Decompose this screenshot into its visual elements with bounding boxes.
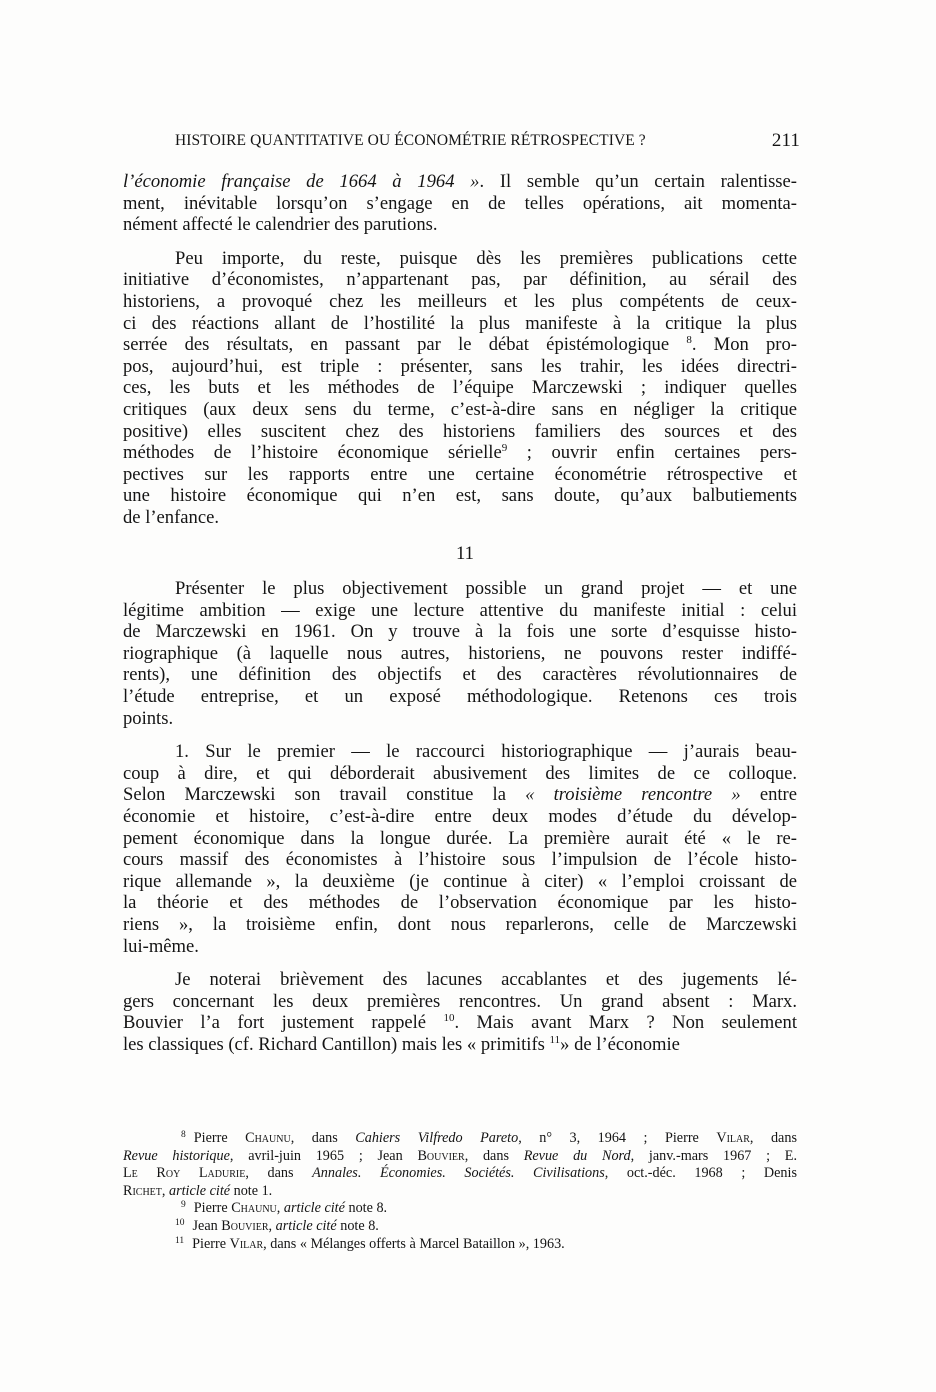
author-name: Vilar (716, 1130, 750, 1146)
footnote-marker: 9 (181, 1200, 186, 1210)
text-run: ces, les buts et les méthodes de l’équip… (123, 377, 797, 398)
text-run: ci des réactions allant de l’hostilité l… (123, 313, 797, 334)
paragraph: l’économie française de 1664 à 1964 ». I… (123, 171, 797, 236)
footnote-line: Revue historique, avril-juin 1965 ; Jean… (123, 1148, 797, 1166)
text-run: de Marczewski en 1961. On y trouve à la … (123, 621, 797, 642)
author-name: Chaunu (231, 1200, 277, 1216)
footnotes: 8Pierre Chaunu, dans Cahiers Vilfredo Pa… (123, 1130, 797, 1253)
text-run: serrée des résultats, en passant par le … (123, 334, 686, 355)
section-number: 11 (123, 543, 797, 565)
text-line: de Marczewski en 1961. On y trouve à la … (123, 621, 797, 643)
text-run: , n° 3, 1964 ; Pierre (518, 1130, 716, 1146)
italic-text: Annales. Économies. Sociétés. Civilisati… (312, 1165, 605, 1181)
footnote-marker: 8 (181, 1130, 186, 1140)
text-line: gers concernant les deux premières renco… (123, 991, 797, 1013)
text-run: Pierre (194, 1130, 245, 1146)
text-line: initiative d’économistes, n’appartenant … (123, 269, 797, 291)
text-run: coup à dire, et qui déborderait abusivem… (123, 763, 797, 784)
footnote-line: Le Roy Ladurie, dans Annales. Économies.… (123, 1165, 797, 1183)
italic-text: l’économie française de 1664 à 1964 » (123, 171, 479, 192)
text-line: coup à dire, et qui déborderait abusivem… (123, 763, 797, 785)
text-line: l’étude entreprise, et un exposé méthodo… (123, 686, 797, 708)
text-run: pement économique dans la longue durée. … (123, 828, 797, 849)
italic-text: Revue historique (123, 1148, 230, 1164)
footnote-line: 10Jean Bouvier, article cité note 8. (123, 1218, 797, 1236)
italic-text: Cahiers Vilfredo Pareto (355, 1130, 518, 1146)
text-line: cours massif des économistes à l’histoir… (123, 849, 797, 871)
text-run: critiques (aux deux sens du terme, c’est… (123, 399, 797, 420)
text-run: Bouvier l’a fort justement rappelé (123, 1012, 443, 1033)
text-run: Peu importe, du reste, puisque dès les p… (175, 248, 797, 269)
text-run: Pierre (192, 1236, 229, 1252)
text-line: pos, aujourd’hui, est triple : présenter… (123, 356, 797, 378)
italic-text: « troisième rencontre » (525, 784, 741, 805)
text-run: , dans (750, 1130, 797, 1146)
text-run: , janv.-mars 1967 ; E. (631, 1148, 797, 1164)
text-line: points. (123, 708, 797, 730)
author-name: Vilar (230, 1236, 264, 1252)
footnote-line: 8Pierre Chaunu, dans Cahiers Vilfredo Pa… (123, 1130, 797, 1148)
text-run: , dans (245, 1165, 312, 1181)
text-run: cours massif des économistes à l’histoir… (123, 849, 797, 870)
text-run: rique allemande », la deuxième (je conti… (123, 871, 797, 892)
text-run: nément affecté le calendrier des parutio… (123, 214, 438, 235)
italic-text: article cité (169, 1183, 230, 1199)
text-run: , dans (465, 1148, 524, 1164)
author-name: Bouvier (417, 1148, 464, 1164)
body-text: l’économie française de 1664 à 1964 ». I… (123, 171, 797, 1056)
text-run: entre (741, 784, 797, 805)
text-line: pectives sur les rapports entre une cert… (123, 464, 797, 486)
text-line: ces, les buts et les méthodes de l’équip… (123, 377, 797, 399)
text-run: économie et histoire, c’est-à-dire entre… (123, 806, 797, 827)
text-run: . Mon pro- (692, 334, 797, 355)
text-run: riographique (à laquelle nous autres, hi… (123, 643, 797, 664)
text-line: serrée des résultats, en passant par le … (123, 334, 797, 356)
text-run: pectives sur les rapports entre une cert… (123, 464, 797, 485)
text-line: ment, inévitable lorsqu’on s’engage en d… (123, 193, 797, 215)
author-name: Le Roy Ladurie (123, 1165, 245, 1181)
text-run: méthodes de l’histoire économique sériel… (123, 442, 502, 463)
text-run: lui-même. (123, 936, 199, 957)
text-line: Selon Marczewski son travail constitue l… (123, 784, 797, 806)
text-run: note 1. (230, 1183, 272, 1199)
footnote-marker: 11 (175, 1236, 184, 1246)
text-run: . Il semble qu’un certain ralentisse- (479, 171, 797, 192)
text-run: note 8. (345, 1200, 387, 1216)
text-run: Jean (193, 1218, 222, 1234)
text-run: , dans (291, 1130, 356, 1146)
footnote-10: 10Jean Bouvier, article cité note 8. (123, 1218, 797, 1236)
text-run: les classiques (cf. Richard Cantillon) m… (123, 1034, 550, 1055)
text-run: points. (123, 708, 173, 729)
text-line: Présenter le plus objectivement possible… (123, 578, 797, 600)
text-run: , oct.-déc. 1968 ; Denis (605, 1165, 797, 1181)
text-line: légitime ambition — exige une lecture at… (123, 600, 797, 622)
text-run: Selon Marczewski son travail constitue l… (123, 784, 525, 805)
text-run: rents), une définition des objectifs et … (123, 664, 797, 685)
author-name: Richet (123, 1183, 162, 1199)
paragraph: 1. Sur le premier — le raccourci histori… (123, 741, 797, 957)
author-name: Chaunu (245, 1130, 291, 1146)
text-line: rique allemande », la deuxième (je conti… (123, 871, 797, 893)
text-run: une histoire économique qui n’en est, sa… (123, 485, 797, 506)
text-run: , (162, 1183, 169, 1199)
italic-text: Revue du Nord (524, 1148, 631, 1164)
text-line: lui-même. (123, 936, 797, 958)
italic-text: article cité (284, 1200, 345, 1216)
text-line: Bouvier l’a fort justement rappelé 10. M… (123, 1012, 797, 1034)
paragraph-gap (123, 236, 797, 248)
paragraph: Peu importe, du reste, puisque dès les p… (123, 248, 797, 529)
text-run: pos, aujourd’hui, est triple : présenter… (123, 356, 797, 377)
text-run: historiens, a provoqué chez les meilleur… (123, 291, 797, 312)
text-line: les classiques (cf. Richard Cantillon) m… (123, 1034, 797, 1056)
footnote-9: 9Pierre Chaunu, article cité note 8. (123, 1200, 797, 1218)
text-run: l’étude entreprise, et un exposé méthodo… (123, 686, 797, 707)
italic-text: article cité (276, 1218, 337, 1234)
footnote-8: 8Pierre Chaunu, dans Cahiers Vilfredo Pa… (123, 1130, 797, 1200)
text-run: de l’enfance. (123, 507, 219, 528)
footnote-line: 11Pierre Vilar, dans « Mélanges offerts … (123, 1236, 797, 1254)
text-run: ment, inévitable lorsqu’on s’engage en d… (123, 193, 797, 214)
text-line: Je noterai brièvement des lacunes accabl… (123, 969, 797, 991)
text-run: . Mais avant Marx ? Non seulement (454, 1012, 797, 1033)
text-run: , (277, 1200, 284, 1216)
paragraph: Je noterai brièvement des lacunes accabl… (123, 969, 797, 1055)
text-run: légitime ambition — exige une lecture at… (123, 600, 797, 621)
text-run: riens », la troisième enfin, dont nous r… (123, 914, 797, 935)
text-line: riens », la troisième enfin, dont nous r… (123, 914, 797, 936)
text-run: , dans « Mélanges offerts à Marcel Batai… (263, 1236, 565, 1252)
paragraph: Présenter le plus objectivement possible… (123, 578, 797, 729)
text-run: note 8. (337, 1218, 379, 1234)
text-run: la théorie et des méthodes de l’observat… (123, 892, 797, 913)
text-run: ; ouvrir enfin certaines pers- (507, 442, 797, 463)
text-run: positive) elles suscitent chez des histo… (123, 421, 797, 442)
footnote-line: Richet, article cité note 1. (123, 1183, 797, 1201)
text-line: de l’enfance. (123, 507, 797, 529)
text-run: 1. Sur le premier — le raccourci histori… (175, 741, 797, 762)
text-line: pement économique dans la longue durée. … (123, 828, 797, 850)
text-line: économie et histoire, c’est-à-dire entre… (123, 806, 797, 828)
author-name: Bouvier (221, 1218, 268, 1234)
text-line: nément affecté le calendrier des parutio… (123, 214, 797, 236)
text-line: historiens, a provoqué chez les meilleur… (123, 291, 797, 313)
text-line: méthodes de l’histoire économique sériel… (123, 442, 797, 464)
text-run: , (269, 1218, 276, 1234)
text-run: Présenter le plus objectivement possible… (175, 578, 797, 599)
text-line: ci des réactions allant de l’hostilité l… (123, 313, 797, 335)
text-run: » de l’économie (560, 1034, 680, 1055)
text-run: gers concernant les deux premières renco… (123, 991, 797, 1012)
text-run: , avril-juin 1965 ; Jean (230, 1148, 418, 1164)
text-run: initiative d’économistes, n’appartenant … (123, 269, 797, 290)
running-title: HISTOIRE QUANTITATIVE OU ÉCONOMÉTRIE RÉT… (175, 132, 646, 150)
footnote-ref: 10 (443, 1012, 454, 1024)
paragraph-gap (123, 729, 797, 741)
text-line: riographique (à laquelle nous autres, hi… (123, 643, 797, 665)
text-line: l’économie française de 1664 à 1964 ». I… (123, 171, 797, 193)
text-run: Pierre (194, 1200, 231, 1216)
text-line: une histoire économique qui n’en est, sa… (123, 485, 797, 507)
footnote-11: 11Pierre Vilar, dans « Mélanges offerts … (123, 1236, 797, 1254)
text-run: Je noterai brièvement des lacunes accabl… (175, 969, 797, 990)
footnote-marker: 10 (175, 1218, 185, 1228)
text-line: critiques (aux deux sens du terme, c’est… (123, 399, 797, 421)
paragraph-gap (123, 957, 797, 969)
footnote-line: 9Pierre Chaunu, article cité note 8. (123, 1200, 797, 1218)
text-line: la théorie et des méthodes de l’observat… (123, 892, 797, 914)
text-line: 1. Sur le premier — le raccourci histori… (123, 741, 797, 763)
text-line: Peu importe, du reste, puisque dès les p… (123, 248, 797, 270)
footnote-ref: 11 (550, 1034, 561, 1046)
text-line: positive) elles suscitent chez des histo… (123, 421, 797, 443)
text-line: rents), une définition des objectifs et … (123, 664, 797, 686)
page-number: 211 (772, 130, 800, 152)
